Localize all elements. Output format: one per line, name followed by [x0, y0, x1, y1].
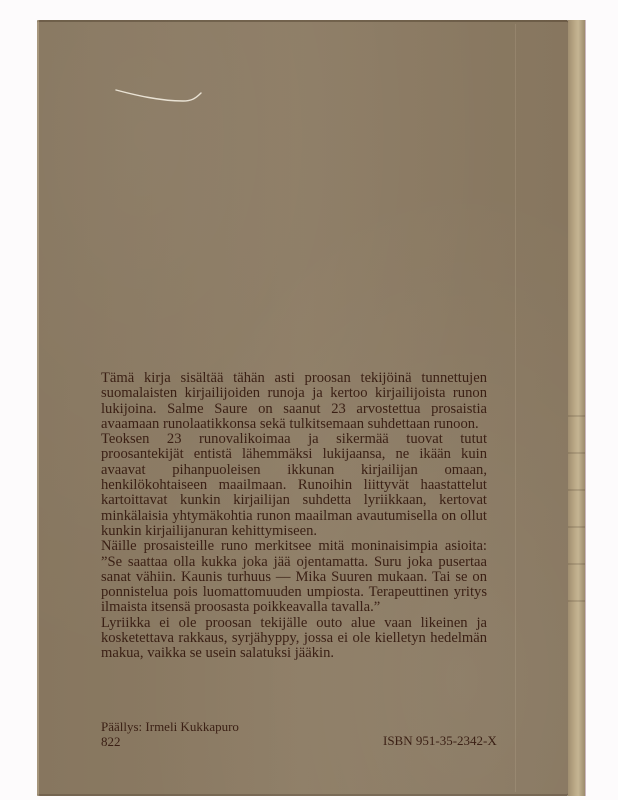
- cover-credits: Päällys: Irmeli Kukkapuro 822: [101, 720, 239, 749]
- cover-designer-credit: Päällys: Irmeli Kukkapuro: [101, 720, 239, 735]
- blurb-text: Tämä kirja sisältää tähän asti proosan t…: [101, 371, 487, 662]
- scratch-mark: [115, 87, 207, 103]
- blurb-paragraph: Tämä kirja sisältää tähän asti proosan t…: [101, 371, 487, 432]
- blurb-paragraph: Lyriikka ei ole proosan tekijälle outo a…: [101, 616, 487, 662]
- classification-code: 822: [101, 735, 239, 750]
- spine-wear-marks: [568, 380, 585, 635]
- isbn: ISBN 951-35-2342-X: [383, 734, 497, 749]
- book-spine-edge: [568, 20, 585, 796]
- blurb-paragraph: Teoksen 23 runovalikoimaa ja sikermää tu…: [101, 432, 487, 539]
- blurb-paragraph: Näille prosaisteille runo merkitsee mitä…: [101, 539, 487, 615]
- scanned-page: Tämä kirja sisältää tähän asti proosan t…: [0, 0, 618, 800]
